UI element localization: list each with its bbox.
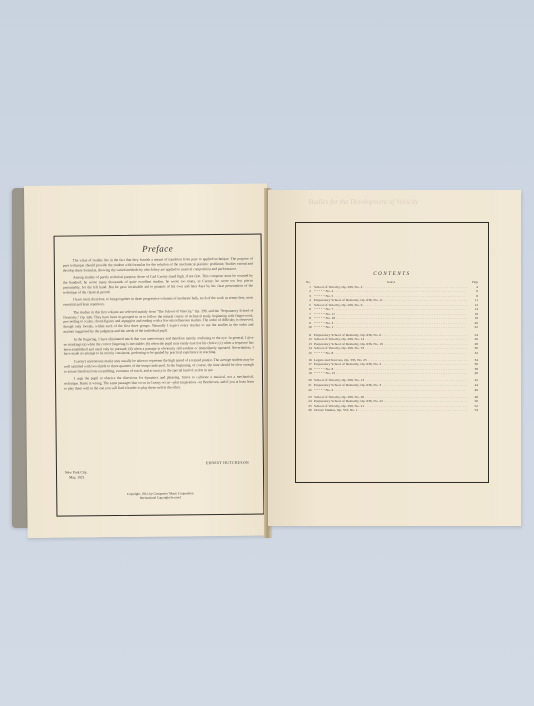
- preface-frame: Preface The value of studies lies in the…: [54, 234, 265, 517]
- row-page: 22: [468, 325, 478, 330]
- bleed-through-heading: Studies for the Development of Velocity: [308, 198, 418, 206]
- row-source: " " " " " No. 4: [314, 388, 468, 393]
- place-date: New York City, May, 1921: [65, 470, 87, 479]
- copyright-line: International Copyright Secured: [57, 495, 263, 501]
- contents-table: No. Source Page 1School of Velocity, Op.…: [306, 280, 478, 413]
- row-number: 26: [306, 408, 314, 413]
- row-source: " " " " " No. 1: [314, 325, 468, 330]
- row-page: 40: [468, 371, 478, 376]
- preface-paragraph: In the fingering, I have eliminated much…: [64, 335, 254, 357]
- date: May, 1921: [65, 475, 87, 480]
- contents-row: 10" " " " " No. 122: [306, 325, 478, 330]
- left-page: Preface The value of studies lies in the…: [24, 183, 271, 538]
- row-number: 10: [306, 325, 314, 330]
- contents-frame: CONTENTS No. Source Page 1School of Velo…: [295, 222, 489, 483]
- row-number: 19: [306, 371, 314, 376]
- row-page: 46: [468, 388, 478, 393]
- copyright-notice: Copyright, 1921, by Composers' Music Cor…: [57, 491, 263, 501]
- row-page: 54: [468, 408, 478, 413]
- contents-row: 15" " " " " No. 832: [306, 351, 478, 356]
- contents-row: 19" " " " " No. 1240: [306, 371, 478, 376]
- preface-title: Preface: [55, 243, 261, 255]
- preface-paragraph: Among studies of purely technical purpos…: [63, 274, 253, 296]
- preface-signature: ERNEST HUTCHESON: [206, 461, 249, 465]
- photo-scene: Preface The value of studies lies in the…: [0, 0, 534, 706]
- row-page: 32: [468, 351, 478, 356]
- preface-paragraph: The value of studies lies in the fact th…: [63, 257, 253, 274]
- row-source: " " " " " No. 12: [314, 371, 468, 376]
- right-page: Studies for the Development of Velocity …: [268, 190, 521, 526]
- row-number: 22: [306, 388, 314, 393]
- preface-paragraph: I urge the pupil to observe the directio…: [64, 375, 254, 392]
- preface-body: The value of studies lies in the fact th…: [63, 257, 254, 394]
- preface-paragraph: The studies in this first volume are sel…: [63, 308, 253, 335]
- preface-paragraph: I have tried, therefore, to bring togeth…: [63, 296, 253, 308]
- row-source: Octave Studies, Op. 553, No. 1: [314, 408, 468, 413]
- contents-title: CONTENTS: [296, 272, 488, 277]
- contents-row: 26Octave Studies, Op. 553, No. 154: [306, 408, 478, 413]
- row-source: " " " " " No. 8: [314, 351, 468, 356]
- preface-paragraph: Czerny's metronome marks may usually be …: [64, 357, 254, 374]
- contents-row: 22" " " " " No. 446: [306, 388, 478, 393]
- row-number: 15: [306, 351, 314, 356]
